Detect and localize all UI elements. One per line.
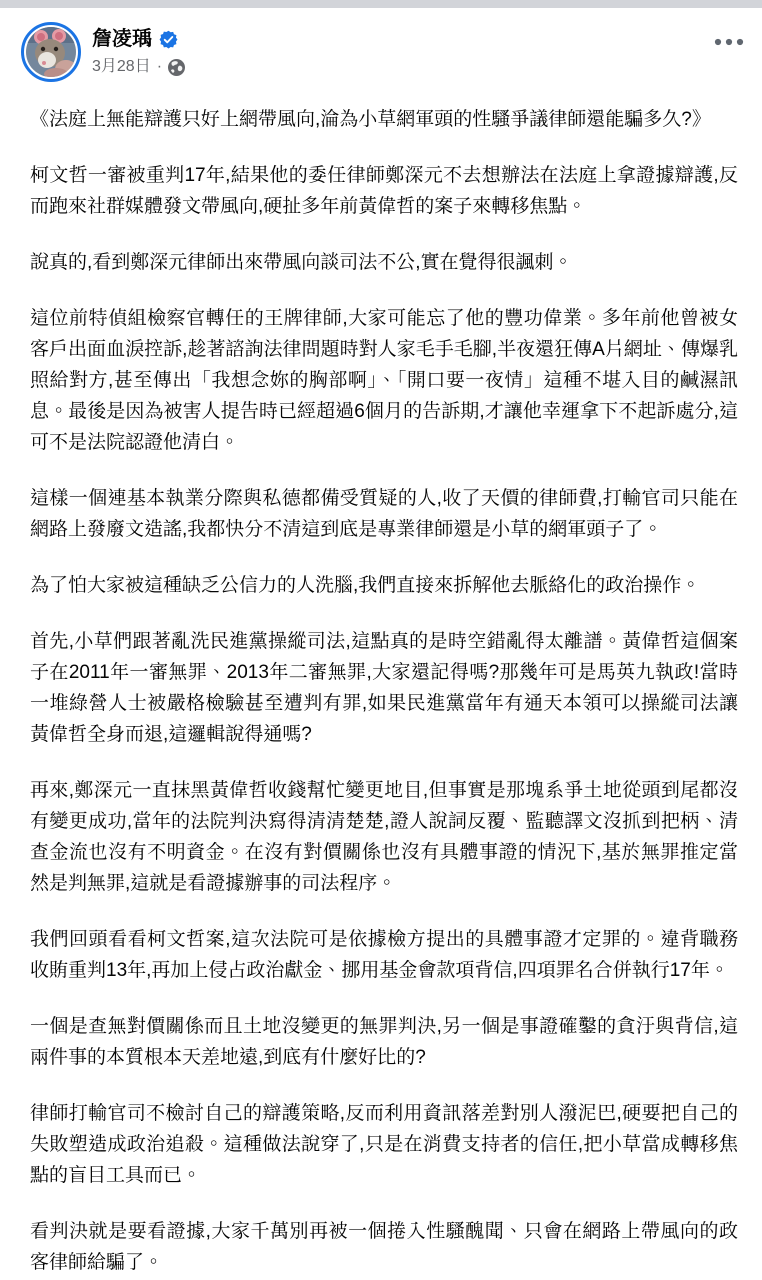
more-options-button[interactable] (710, 26, 748, 58)
post-paragraph: 看判決就是要看證據,大家千萬別再被一個捲入性騷醜聞、只會在網路上帶風向的政客律師… (30, 1216, 738, 1278)
post-paragraph: 這位前特偵組檢察官轉任的王牌律師,大家可能忘了他的豐功偉業。多年前他曾被女客戶出… (30, 303, 738, 458)
post-paragraph: 首先,小草們跟著亂洗民進黨操縱司法,這點真的是時空錯亂得太離譜。黃偉哲這個案子在… (30, 626, 738, 750)
post-paragraph: 柯文哲一審被重判17年,結果他的委任律師鄭深元不去想辦法在法庭上拿證據辯護,反而… (30, 160, 738, 222)
post-content: 《法庭上無能辯護只好上網帶風向,淪為小草網軍頭的性騷爭議律師還能騙多久?》 柯文… (0, 82, 762, 1278)
post-header: 詹凌瑀 3月28日 · (0, 8, 762, 82)
ellipsis-icon (712, 37, 746, 47)
post-paragraph: 為了怕大家被這種缺乏公信力的人洗腦,我們直接來拆解他去脈絡化的政治操作。 (30, 570, 738, 601)
post-timestamp[interactable]: 3月28日 (92, 58, 151, 76)
post-paragraph: 說真的,看到鄭深元律師出來帶風向談司法不公,實在覺得很諷刺。 (30, 247, 738, 278)
avatar-photo (26, 27, 76, 77)
verified-badge-icon (159, 30, 178, 49)
post-paragraph: 我們回頭看看柯文哲案,這次法院可是依據檢方提出的具體事證才定罪的。違背職務收賄重… (30, 924, 738, 986)
post-paragraph: 一個是查無對價關係而且土地沒變更的無罪判決,另一個是事證確鑿的貪汙與背信,這兩件… (30, 1011, 738, 1073)
post-title: 《法庭上無能辯護只好上網帶風向,淪為小草網軍頭的性騷爭議律師還能騙多久?》 (30, 104, 738, 135)
feed-divider (0, 0, 762, 8)
post-body: 柯文哲一審被重判17年,結果他的委任律師鄭深元不去想辦法在法庭上拿證據辯護,反而… (30, 160, 738, 1278)
post-paragraph: 這樣一個連基本執業分際與私德都備受質疑的人,收了天價的律師費,打輸官司只能在網路… (30, 483, 738, 545)
header-text: 詹凌瑀 3月28日 · (92, 22, 185, 76)
avatar[interactable] (21, 22, 81, 82)
post-paragraph: 律師打輸官司不檢討自己的辯護策略,反而利用資訊落差對別人潑泥巴,硬要把自己的失敗… (30, 1098, 738, 1191)
post-paragraph: 再來,鄭深元一直抹黑黃偉哲收錢幫忙變更地目,但事實是那塊系爭土地從頭到尾都沒有變… (30, 775, 738, 899)
post-meta: 3月28日 · (92, 58, 185, 76)
meta-separator: · (157, 58, 162, 76)
author-name[interactable]: 詹凌瑀 (92, 27, 152, 51)
facebook-post: 詹凌瑀 3月28日 · (0, 8, 762, 1278)
globe-icon (168, 59, 185, 76)
